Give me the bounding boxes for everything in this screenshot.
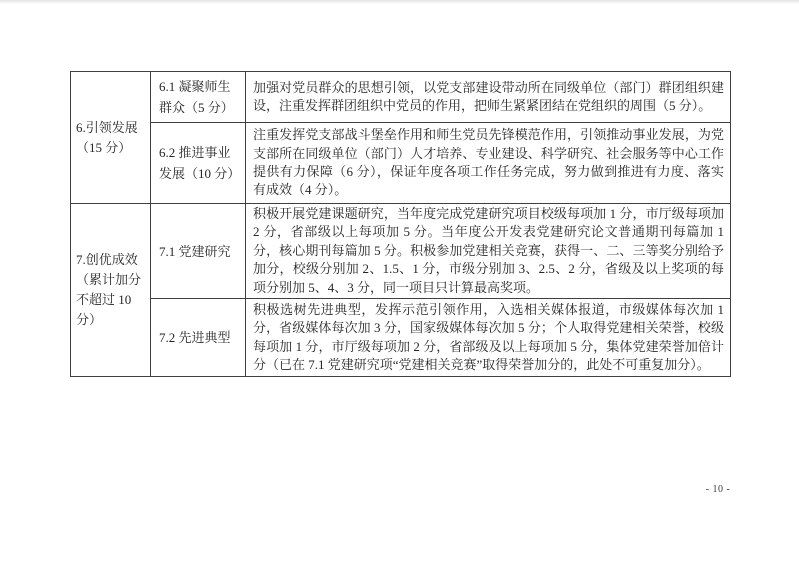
evaluation-table: 6.引领发展 （15 分） 6.1 凝聚师生 群众（5 分） 加强对党员群众的思… bbox=[70, 71, 731, 377]
page-number: - 10 - bbox=[700, 484, 736, 495]
table-row: 6.引领发展 （15 分） 6.1 凝聚师生 群众（5 分） 加强对党员群众的思… bbox=[71, 72, 731, 123]
document-page: 6.引领发展 （15 分） 6.1 凝聚师生 群众（5 分） 加强对党员群众的思… bbox=[0, 0, 799, 565]
item-cell-7-1: 7.1 党建研究 bbox=[151, 204, 246, 299]
category-cell-7: 7.创优成效 （累计加分 不超过 10 分） bbox=[71, 204, 151, 377]
description-cell-6-1: 加强对党员群众的思想引领，以党支部建设带动所在同级单位（部门）群团组织建设，注重… bbox=[246, 72, 731, 123]
scan-edge-shadow bbox=[0, 0, 799, 4]
item-cell-7-2: 7.2 先进典型 bbox=[151, 299, 246, 377]
item-cell-6-2: 6.2 推进事业 发展（10 分） bbox=[151, 123, 246, 204]
description-cell-7-1: 积极开展党建课题研究，当年度完成党建研究项目校级每项加 1 分，市厅级每项加 2… bbox=[246, 204, 731, 299]
item-cell-6-1: 6.1 凝聚师生 群众（5 分） bbox=[151, 72, 246, 123]
table-row: 7.创优成效 （累计加分 不超过 10 分） 7.1 党建研究 积极开展党建课题… bbox=[71, 204, 731, 299]
category-cell-6: 6.引领发展 （15 分） bbox=[71, 72, 151, 204]
description-cell-7-2: 积极选树先进典型，发挥示范引领作用，入选相关媒体报道，市级媒体每次加 1 分，省… bbox=[246, 299, 731, 377]
table-row: 6.2 推进事业 发展（10 分） 注重发挥党支部战斗堡垒作用和师生党员先锋模范… bbox=[71, 123, 731, 204]
description-cell-6-2: 注重发挥党支部战斗堡垒作用和师生党员先锋模范作用，引领推动事业发展，为党支部所在… bbox=[246, 123, 731, 204]
table-row: 7.2 先进典型 积极选树先进典型，发挥示范引领作用，入选相关媒体报道，市级媒体… bbox=[71, 299, 731, 377]
